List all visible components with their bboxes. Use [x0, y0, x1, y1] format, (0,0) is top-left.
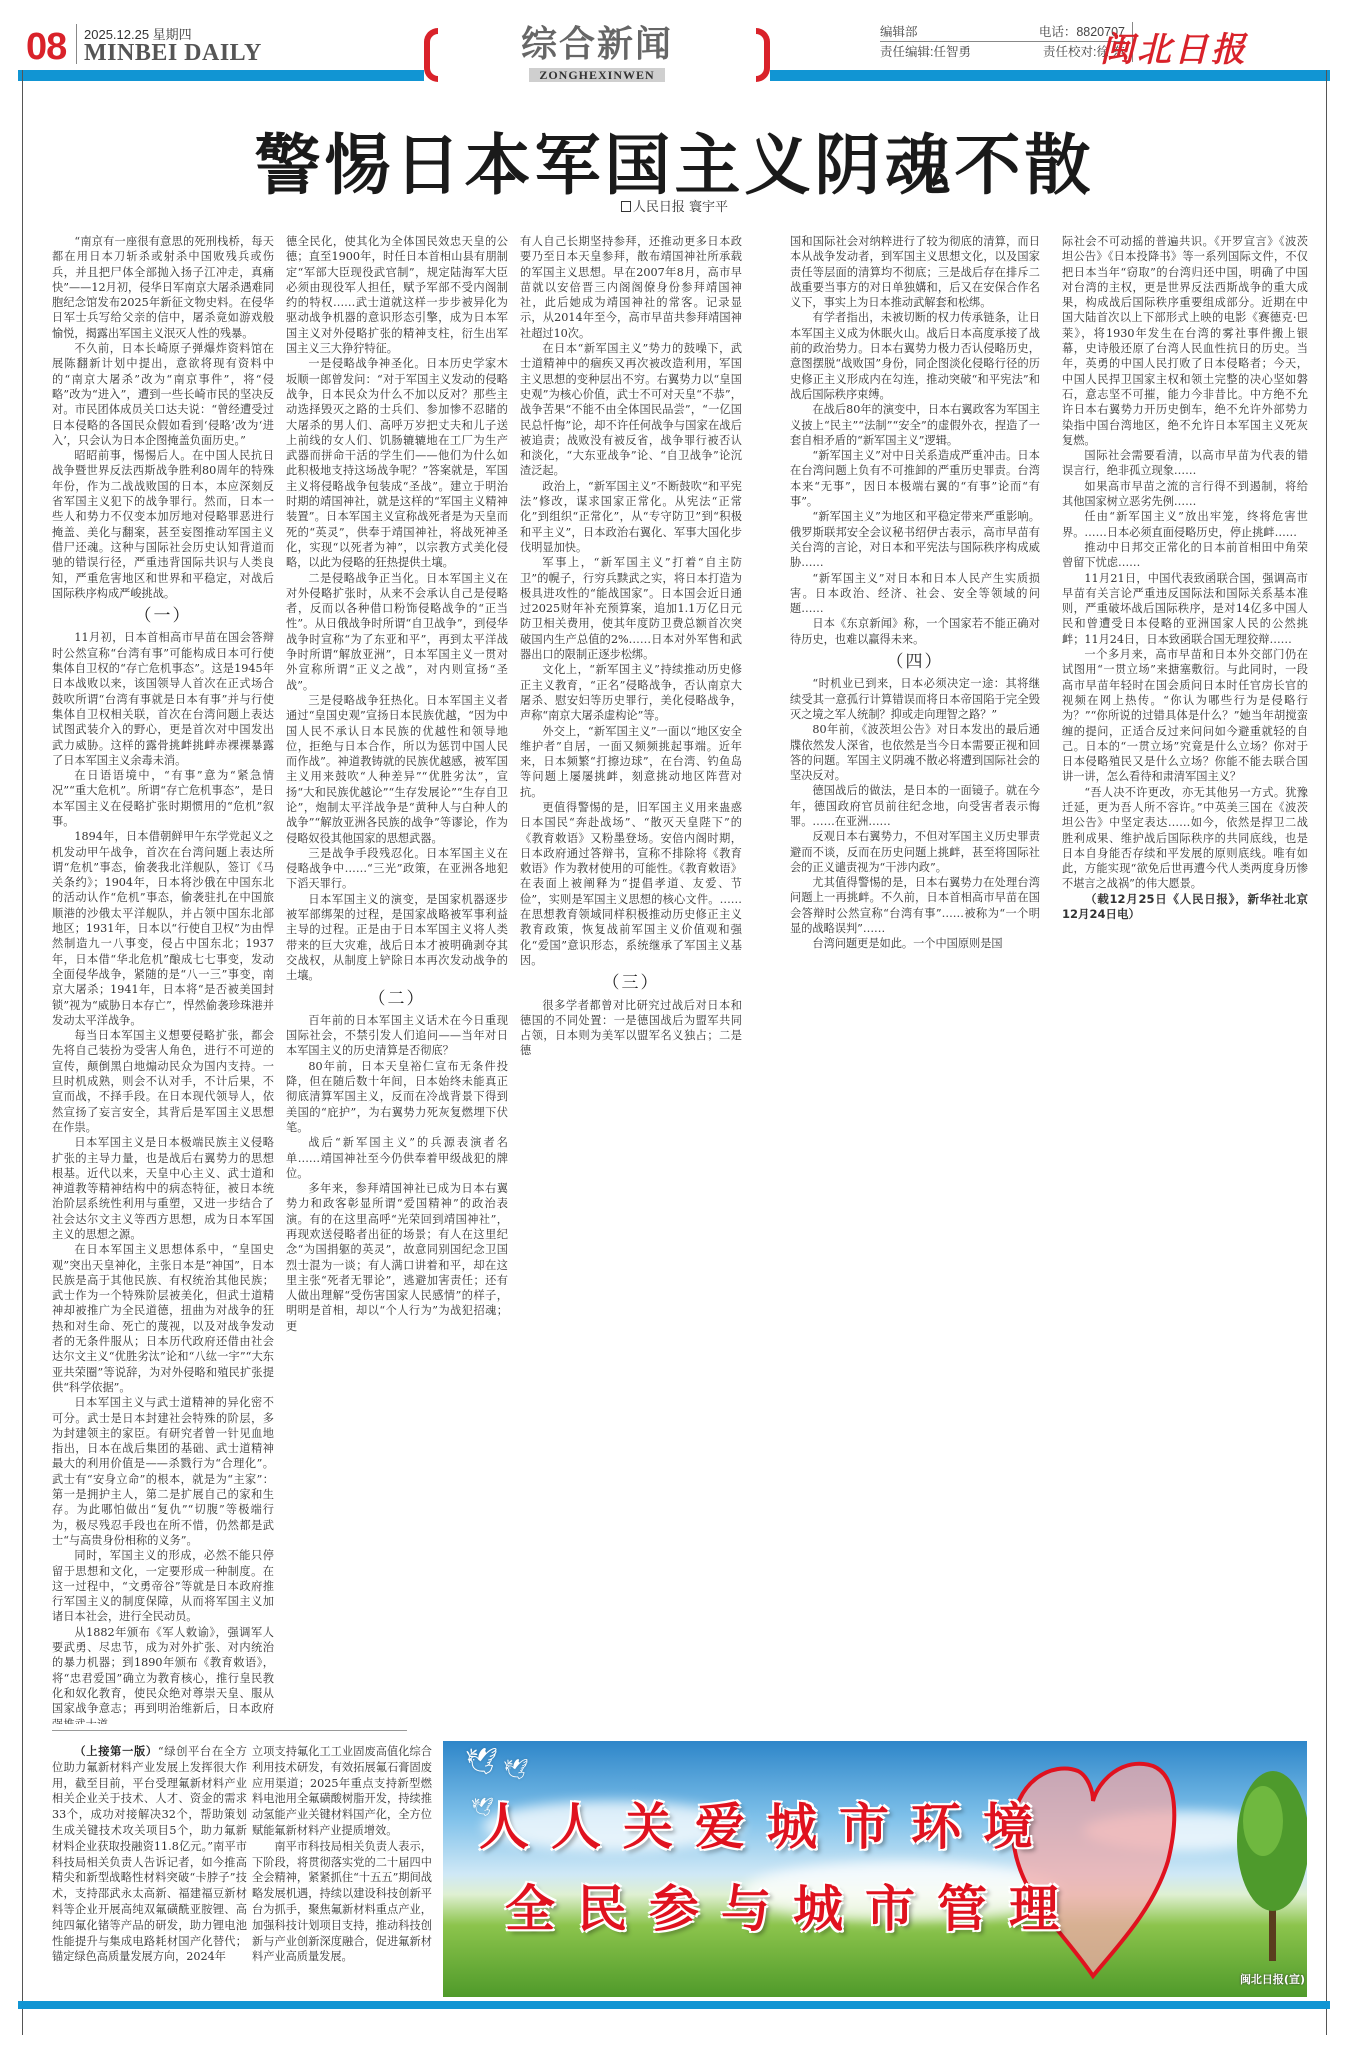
department-label: 编辑部 — [880, 22, 918, 41]
continuation-text-3: 南平市科技局相关负责人表示，下阶段，将贯彻落实党的二十届四中全会精神，紧紧抓住“… — [252, 1839, 432, 1965]
article-paragraph: 在日本“新军国主义”势力的鼓噪下，武士道精神中的痼疾又再次被改造利用，军国主义思… — [520, 341, 742, 479]
article-column-1: “南京有一座很有意思的死刑栈桥，每天都在用日本刀斩杀或射杀中国败残兵或伤兵，并且… — [52, 234, 274, 1724]
section-name-cn: 综合新闻 — [424, 24, 770, 64]
article-paragraph: 外交上，“新军国主义”一面以“地区安全维护者”自居，一面又频频挑起事端。近年来，… — [520, 724, 742, 800]
article-paragraph: 80年前，《波茨坦公告》对日本发出的最后通牒依然发人深省，也依然是当今日本需要正… — [790, 722, 1040, 783]
article-paragraph: 不久前，日本长崎原子弹爆炸资料馆在展陈翻新计划中提出，意欲将现有资料中的“南京大… — [52, 341, 274, 448]
article-paragraph: 战后“新军国主义”的兵源表演者名单……靖国神社至今仍供奉着甲级战犯的牌位。 — [286, 1135, 508, 1181]
article-paragraph: “时机业已到来，日本必须决定一途：其将继续受其一意孤行计算错误而将日本帝国陷于完… — [790, 676, 1040, 722]
dove-icon: 🕊 — [503, 1757, 528, 1781]
article-paragraph: 台湾问题更是如此。一个中国原则是国 — [790, 936, 1040, 951]
article-paragraph: 一个多月来，高市早苗和日本外交部门仍在试图用“一贯立场”来搪塞敷衍。与此同时，一… — [1062, 647, 1308, 785]
article-paragraph: 在战后80年的演变中，日本右翼政客为军国主义披上“民主”“法制”“安全”的虚假外… — [790, 402, 1040, 448]
ad-slogan-line-1: 人人关爱城市环境 — [479, 1787, 1055, 1859]
ad-slogan-line-2: 全民参与城市管理 — [505, 1869, 1081, 1941]
article-paragraph: “新军国主义”为地区和平稳定带来严重影响。俄罗斯联邦安全会议秘书绍伊古表示，高市… — [790, 509, 1040, 570]
article-byline: 人民日报 寰宇平 — [0, 196, 1349, 215]
paper-name-en: MINBEI DAILY — [84, 40, 262, 67]
article-paragraph: 推动中日邦交正常化的日本前首相田中角荣曾留下忧虑…… — [1062, 540, 1308, 571]
section-heading: （一） — [52, 609, 274, 624]
article-paragraph: 有学者指出，未被切断的权力传承链条，让日本军国主义成为休眠火山。战后日本高度承接… — [790, 310, 1040, 402]
article-column-3: 有人自己长期坚持参拜，还推动更多日本政要乃至日本天皇参拜，散布靖国神社所承载的军… — [520, 234, 742, 1699]
article-paragraph: 11月21日，中国代表致函联合国，强调高市早苗有关言论严重违反国际法和国际关系基… — [1062, 571, 1308, 647]
article-paragraph: 在日本军国主义思想体系中，“皇国史观”突出天皇神化，主张日本是“神国”，日本民族… — [52, 1242, 274, 1395]
article-paragraph: 昭昭前事，惕惕后人。在中国人民抗日战争暨世界反法西斯战争胜利80周年的特殊年份，… — [52, 448, 274, 601]
masthead-divider — [76, 24, 77, 64]
article-paragraph: 反观日本右翼势力，不但对军国主义历史罪责避而不谈，反而在历史问题上挑衅，甚至将国… — [790, 829, 1040, 875]
article-paragraph: 三是侵略战争狂热化。日本军国主义者通过“皇国史观”宣扬日本民族优越，“因为中国人… — [286, 693, 508, 846]
article-paragraph: 日本军国主义是日本极端民族主义侵略扩张的主导力量，也是战后右翼势力的思想根基。近… — [52, 1135, 274, 1242]
article-paragraph: 从1882年颁布《军人敕谕》，强调军人要武勇、尽忠节，成为对外扩张、对内统治的暴… — [52, 1625, 274, 1724]
article-paragraph: 80年前，日本天皇裕仁宣布无条件投降，但在随后数十年间，日本始终未能真正彻底清算… — [286, 1059, 508, 1135]
article-paragraph: 一是侵略战争神圣化。日本历史学家木坂顺一郎曾发问：“对于军国主义发动的侵略战争，… — [286, 356, 508, 570]
ad-credit: 闽北日报(宣) — [1240, 1971, 1305, 1987]
article-paragraph: “南京有一座很有意思的死刑栈桥，每天都在用日本刀斩杀或射杀中国败残兵或伤兵，并且… — [52, 234, 274, 341]
article-paragraph: 德全民化，使其化为全体国民效忠天皇的公德；直至1900年，时任日本首相山县有朋制… — [286, 234, 508, 356]
article-paragraph: 11月初，日本首相高市早苗在国会答辩时公然宣称“台湾有事”可能构成日本可行使集体… — [52, 630, 274, 768]
article-paragraph: 文化上，“新军国主义”持续推动历史修正主义教育，“正名”侵略战争，否认南京大屠杀… — [520, 662, 742, 723]
continuation-text-2: 立项支持氟化工工业固废高值化综合利用技术研发，有效拓展氟石膏固废应用渠道；202… — [252, 1744, 432, 1839]
article-paragraph: 在日语语境中，“有事”意为“紧急情况”“重大危机”。所谓“存亡危机事态”，是日本… — [52, 768, 274, 829]
byline-text: 人民日报 寰宇平 — [633, 200, 728, 215]
article-paragraph: 国和国际社会对纳粹进行了较为彻底的清算，而日本从战争发动者，到军国主义思想文化，… — [790, 234, 1040, 310]
public-service-ad-banner: 🕊 🕊 🕊 人人关爱城市环境 全民参与城市管理 闽北日报(宣) — [443, 1741, 1307, 1997]
article-paragraph: “新军国主义”对日本和日本人民产生实质损害。日本政治、经济、社会、安全等领域的问… — [790, 571, 1040, 617]
article-paragraph: 日本《东京新闻》称，一个国家若不能正确对待历史，也难以赢得未来。 — [790, 616, 1040, 647]
section-heading: （二） — [286, 992, 508, 1007]
heart-icon — [1003, 1751, 1183, 1981]
article-paragraph: “新军国主义”对中日关系造成严重冲击。日本在台湾问题上负有不可推卸的严重历史罪责… — [790, 448, 1040, 509]
footer-bar — [18, 2001, 1330, 2009]
article-paragraph: 三是战争手段残忍化。日本军国主义在侵略战争中……“三光”政策，在亚洲各地犯下滔天… — [286, 846, 508, 892]
article-paragraph: “吾人决不许更改，亦无其他另一方式。犹豫迁延，更为吾人所不容许。”中英美三国在《… — [1062, 785, 1308, 892]
tree-icon — [1233, 1761, 1307, 1961]
article-paragraph: 政治上，“新军国主义”不断鼓吹“和平宪法”修改，谋求国家正常化。从宪法“正常化”… — [520, 479, 742, 555]
article-paragraph: 多年来，参拜靖国神社已成为日本右翼势力和政客彰显所谓“爱国精神”的政治表演。有的… — [286, 1181, 508, 1334]
article-paragraph: 军事上，“新军国主义”打着“自主防卫”的幌子，行穷兵黩武之实，将日本打造为极具进… — [520, 555, 742, 662]
continuation-text-1: “绿创平台在全方位助力氟新材料产业发展上发挥很大作用，截至目前，平台受理氟新材料… — [52, 1745, 247, 1963]
article-paragraph: 任由“新军国主义”放出牢笼，终将危害世界。……日本必须直面侵略历史，停止挑衅…… — [1062, 509, 1308, 540]
article-paragraph: 际社会不可动摇的普遍共识。《开罗宣言》《波茨坦公告》《日本投降书》等一系列国际文… — [1062, 234, 1308, 448]
article-source-signature: （载12月25日《人民日报》，新华社北京12月24日电） — [1062, 892, 1308, 923]
article-paragraph: 二是侵略战争正当化。日本军国主义在对外侵略扩张时，从来不会承认自己是侵略者，反而… — [286, 571, 508, 693]
article-column-2: 德全民化，使其化为全体国民效忠天皇的公德；直至1900年，时任日本首相山县有朋制… — [286, 234, 508, 1724]
article-paragraph: 国际社会需要看清，以高市早苗为代表的错误言行，绝非孤立现象…… — [1062, 448, 1308, 479]
article-paragraph: 百年前的日本军国主义话术在今日重现国际社会，不禁引发人们追问——当年对日本军国主… — [286, 1013, 508, 1059]
article-paragraph: 德国战后的做法，是日本的一面镜子。就在今年，德国政府官员前往纪念地，向受害者表示… — [790, 783, 1040, 829]
article-paragraph: 同时，军国主义的形成，必然不能只停留于思想和文化，一定要形成一种制度。在这一过程… — [52, 1548, 274, 1624]
dove-icon: 🕊 — [465, 1747, 498, 1777]
article-paragraph: 有人自己长期坚持参拜，还推动更多日本政要乃至日本天皇参拜，散布靖国神社所承载的军… — [520, 234, 742, 341]
article-paragraph: 更值得警惕的是，旧军国主义用来蛊惑日本国民“奔赴战场”、“散灭天皇陛下”的《教育… — [520, 800, 742, 968]
continuation-column-2: 立项支持氟化工工业固废高值化综合利用技术研发，有效拓展氟石膏固废应用渠道；202… — [252, 1744, 432, 1965]
article-paragraph: 尤其值得警惕的是，日本右翼势力在处理台湾问题上一再挑衅。不久前，日本首相高市早苗… — [790, 875, 1040, 936]
continuation-lead: （上接第一版） — [74, 1745, 157, 1758]
article-paragraph: 1894年，日本借朝鲜甲午东学党起义之机发动甲午战争，首次在台湾问题上表达所谓“… — [52, 829, 274, 1028]
section-heading: （三） — [520, 976, 742, 991]
article-column-4: 国和国际社会对纳粹进行了较为彻底的清算，而日本从战争发动者，到军国主义思想文化，… — [790, 234, 1040, 1699]
article-headline: 警惕日本军国主义阴魂不散 — [0, 112, 1349, 207]
article-paragraph: 每当日本军国主义想要侵略扩张，都会先将自己装扮为受害人角色，进行不可逆的宣传，颠… — [52, 1028, 274, 1135]
article-paragraph: 日本军国主义的演变，是国家机器逐步被军部绑架的过程，是国家战略被军事利益主导的过… — [286, 892, 508, 984]
masthead: 08 2025.12.25 星期四 MINBEI DAILY 综合新闻 ZONG… — [0, 0, 1349, 80]
article-paragraph: 如果高市早苗之流的言行得不到遏制，将给其他国家树立恶劣先例…… — [1062, 479, 1308, 510]
article-column-5: 际社会不可动摇的普遍共识。《开罗宣言》《波茨坦公告》《日本投降书》等一系列国际文… — [1062, 234, 1308, 1654]
page-number: 08 — [26, 26, 66, 69]
section-divider — [52, 1730, 407, 1731]
article-paragraph: 很多学者都曾对比研究过战后对日本和德国的不同处置：一是德国战后为盟军共同占领，日… — [520, 998, 742, 1059]
section-heading: （四） — [790, 655, 1040, 670]
responsible-editor: 责任编辑:任智勇 — [880, 42, 971, 62]
newspaper-logo: 闽北日报 — [1100, 22, 1248, 71]
byline-box-icon — [621, 201, 631, 212]
continuation-column-1: （上接第一版）“绿创平台在全方位助力氟新材料产业发展上发挥很大作用，截至目前，平… — [52, 1744, 247, 1965]
article-paragraph: 日本军国主义与武士道精神的异化密不可分。武士是日本封建社会特殊的阶层，多为封建领… — [52, 1395, 274, 1548]
